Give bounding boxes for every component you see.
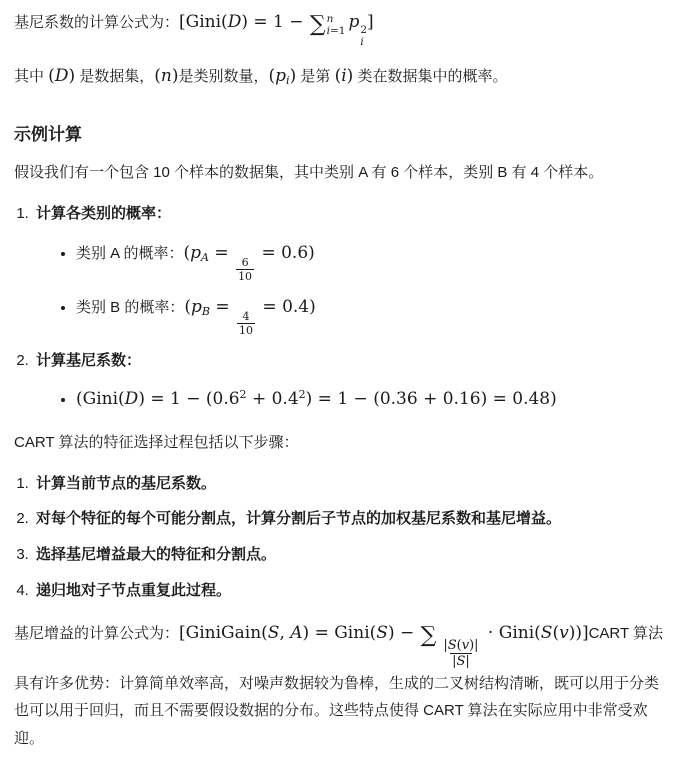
fraction-numerator: 6 [240,256,251,269]
probability-list: 类别 A 的概率：(pA = 610 = 0.6) 类别 B 的概率：(pB =… [36,238,670,338]
math-run: S [448,638,457,653]
cart-step-1: 计算当前节点的基尼系数。 [33,470,670,498]
paragraph-symbol-definitions: 其中 (D) 是数据集，(n)是类别数量，(pi) 是第 (i) 类在数据集中的… [14,61,670,92]
math-run: A [201,251,209,264]
math-run: ) = 1 − (0.6 [138,389,239,409]
math-run: = [209,243,234,263]
math-run: 4 [243,310,250,323]
cart-step-3: 选择基尼增益最大的特征和分割点。 [33,541,670,569]
math-run: , [279,623,290,643]
text-run: 其中 [14,68,48,85]
sigma-icon: ∑ [310,14,326,36]
math-run: S [541,623,553,643]
math-run: )| [469,638,478,653]
math-run: i [360,36,363,48]
fraction-denominator: |S| [450,653,472,670]
step-calc-probabilities: 计算各类别的概率： 类别 A 的概率：(pA = 610 = 0.6) 类别 B… [33,200,670,338]
math-run: p [275,66,286,86]
math-run: = 0.4) [257,297,316,317]
math-run: v [559,623,569,643]
prob-class-a: 类别 A 的概率：(pA = 610 = 0.6) [76,238,670,283]
gini-result-list: (Gini(D) = 1 − (0.62 + 0.42) = 1 − (0.36… [36,384,670,415]
summation: ∑ [421,625,437,647]
example-steps-list: 计算各类别的概率： 类别 A 的概率：(pA = 610 = 0.6) 类别 B… [14,200,670,416]
text-run: 类别 B 的概率： [76,299,184,316]
text-run: 类在数据集中的概率。 [353,68,507,85]
gini-calculation: (Gini(D) = 1 − (0.62 + 0.42) = 1 − (0.36… [76,384,670,415]
fraction-numerator: 4 [241,310,252,323]
math-run: p [190,243,201,263]
math-run: D [55,66,69,86]
math-run: [Gini( [179,12,228,32]
math-run: A [290,623,302,643]
text-run: 基尼增益的计算公式为： [14,625,179,642]
math-run: D [125,389,139,409]
fraction-denominator: 10 [237,323,255,337]
step-title: 计算各类别的概率： [36,205,171,222]
subscript: i [360,36,363,48]
math-run: 2 [240,388,247,401]
math-run: ( [184,297,191,317]
math-run: ) − [388,623,420,643]
summation: ∑ni=1 [310,13,346,37]
paragraph-example-setup: 假设我们有一个包含 10 个样本的数据集，其中类别 A 有 6 个样本，类别 B… [14,159,670,187]
step-title: 计算基尼系数： [36,352,141,369]
superscript: 2 [240,388,247,401]
markdown-document: 基尼系数的计算公式为：[Gini(D) = 1 − ∑ni=1p2i] 其中 (… [14,7,670,753]
cart-steps-list: 计算当前节点的基尼系数。 对每个特征的每个可能分割点，计算分割后子节点的加权基尼… [14,470,670,605]
math-run: 10 [239,324,253,337]
fraction-numerator: |S(v)| [441,638,480,654]
math-run: S [376,623,388,643]
sigma-icon: ∑ [421,625,437,647]
math-run: ) = 1 − (0.36 + 0.16) = 0.48) [306,389,557,409]
math-run: = [210,297,235,317]
fraction: 410 [237,310,255,337]
math-run: D [228,12,242,32]
subscript: B [202,305,210,318]
math-run: n [327,13,334,25]
summation-limits: ni=1 [327,13,346,37]
paragraph-gini-formula: 基尼系数的计算公式为：[Gini(D) = 1 − ∑ni=1p2i] [14,7,670,48]
text-run: 是第 [296,68,334,85]
math-run: ) [172,66,179,86]
prob-class-b: 类别 B 的概率：(pB = 410 = 0.4) [76,292,670,337]
math-run: ) = 1 − [241,12,309,32]
math-run: · Gini( [483,623,541,643]
math-run: n [161,66,172,86]
text-run: 是类别数量， [179,68,269,85]
math-run: ) = Gini( [303,623,377,643]
math-run: + 0.4 [247,389,299,409]
fraction-denominator: 10 [236,269,254,283]
text-run: 是数据集， [75,68,154,85]
fraction: 610 [236,256,254,283]
text-run: 基尼系数的计算公式为： [14,14,179,31]
summation-upper: n [327,13,334,25]
math-run: p [191,297,202,317]
math-run: B [202,305,210,318]
math-run: 2 [299,388,306,401]
math-run: | [465,654,469,669]
fraction: |S(v)||S| [441,638,480,670]
subscript: A [201,251,209,264]
step-calc-gini: 计算基尼系数： (Gini(D) = 1 − (0.62 + 0.42) = 1… [33,347,670,416]
math-run: ] [367,12,374,32]
math-run: (Gini( [76,389,125,409]
math-run: = 0.6) [256,243,315,263]
paragraph-gini-gain-and-advantages: 基尼增益的计算公式为：[GiniGain(S, A) = Gini(S) − ∑… [14,618,670,753]
math-run: =1 [330,25,345,37]
summation-lower: i=1 [327,25,346,37]
math-run: ))] [569,623,589,643]
math-run: 6 [242,256,249,269]
math-run: [GiniGain( [179,623,268,643]
text-run: 类别 A 的概率： [76,245,184,262]
math-run: S [268,623,280,643]
paragraph-cart-steps-intro: CART 算法的特征选择过程包括以下步骤： [14,429,670,457]
math-run: ( [154,66,161,86]
cart-step-2: 对每个特征的每个可能分割点，计算分割后子节点的加权基尼系数和基尼增益。 [33,505,670,533]
math-run: p [348,12,359,32]
heading-example-calculation: 示例计算 [14,123,670,147]
math-run: 10 [238,270,252,283]
math-run: ( [48,66,55,86]
math-run: v [462,638,469,653]
cart-step-4: 递归地对子节点重复此过程。 [33,577,670,605]
superscript: 2 [299,388,306,401]
